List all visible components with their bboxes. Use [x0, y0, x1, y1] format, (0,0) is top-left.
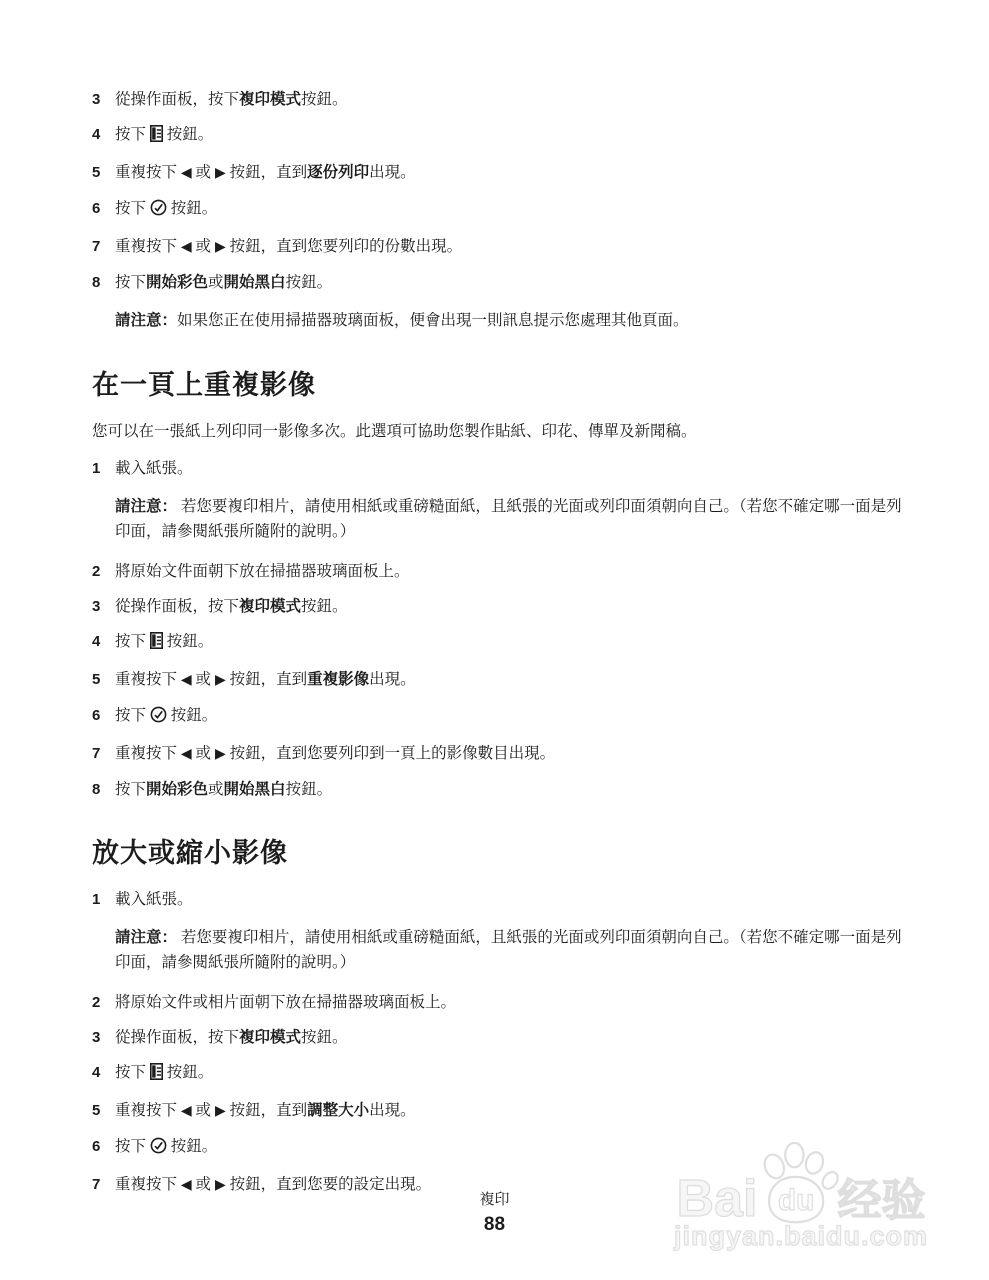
footer-chapter-label: 複印: [0, 1191, 989, 1209]
bold-term: 複印模式: [239, 91, 301, 108]
step-number: 4: [92, 630, 108, 653]
text-fragment: 按鈕。: [301, 1029, 348, 1046]
next-arrow-icon: ▶: [215, 1100, 226, 1123]
section-heading: 放大或縮小影像: [92, 831, 933, 870]
text-fragment: 按鈕。: [163, 1064, 213, 1081]
text-fragment: 按鈕。: [167, 707, 217, 724]
step-number: 6: [92, 1135, 108, 1158]
step-item: 2將原始文件面朝下放在掃描器玻璃面板上。: [92, 560, 933, 583]
step-number: 8: [92, 271, 108, 294]
step-number: 7: [92, 235, 108, 258]
text-fragment: 按下: [115, 126, 150, 143]
text-fragment: 或: [192, 238, 215, 255]
step-text: 按下 按鈕。: [115, 197, 217, 223]
footer-page-number: 88: [0, 1214, 989, 1236]
text-fragment: 或: [208, 274, 224, 291]
text-fragment: 按下: [115, 633, 150, 650]
bold-term: 開始彩色: [146, 781, 208, 798]
step-text: 按下 按鈕。: [115, 630, 213, 656]
text-fragment: 重複按下: [115, 164, 181, 181]
step-text: 從操作面板，按下複印模式按鈕。: [115, 88, 348, 111]
bold-term: 重複影像: [307, 671, 369, 688]
step-item: 3從操作面板，按下複印模式按鈕。: [92, 88, 933, 111]
step-number: 6: [92, 704, 108, 727]
step-text: 按下 按鈕。: [115, 704, 217, 730]
bold-term: 逐份列印: [307, 164, 369, 181]
text-fragment: 按鈕。: [163, 126, 213, 143]
step-item: 4按下 按鈕。: [92, 630, 933, 656]
text-fragment: 按鈕，直到: [226, 1102, 307, 1119]
text-fragment: 或: [208, 781, 224, 798]
step-number: 5: [92, 668, 108, 691]
text-fragment: 從操作面板，按下: [115, 598, 239, 615]
text-fragment: 按下: [115, 1138, 150, 1155]
step-number: 1: [92, 457, 108, 480]
note: 請注意：如果您正在使用掃描器玻璃面板，便會出現一則訊息提示您處理其他頁面。: [115, 308, 903, 333]
step-item: 3從操作面板，按下複印模式按鈕。: [92, 1026, 933, 1049]
step-item: 1載入紙張。: [92, 457, 933, 480]
step-text: 將原始文件或相片面朝下放在掃描器玻璃面板上。: [115, 991, 456, 1014]
text-fragment: 若您要複印相片，請使用相紙或重磅糙面紙，且紙張的光面或列印面須朝向自己。（若您不…: [115, 929, 902, 971]
step-text: 從操作面板，按下複印模式按鈕。: [115, 595, 348, 618]
step-number: 2: [92, 991, 108, 1014]
step-number: 8: [92, 778, 108, 801]
manual-section: 放大或縮小影像1載入紙張。請注意： 若您要複印相片，請使用相紙或重磅糙面紙，且紙…: [92, 831, 933, 1197]
note: 請注意： 若您要複印相片，請使用相紙或重磅糙面紙，且紙張的光面或列印面須朝向自己…: [115, 925, 903, 975]
select-icon: [150, 199, 167, 223]
step-number: 2: [92, 560, 108, 583]
text-fragment: 從操作面板，按下: [115, 91, 239, 108]
note: 請注意： 若您要複印相片，請使用相紙或重磅糙面紙，且紙張的光面或列印面須朝向自己…: [115, 494, 903, 544]
text-fragment: 按鈕。: [167, 1138, 217, 1155]
step-item: 5重複按下 ◀ 或 ▶ 按鈕，直到逐份列印出現。: [92, 161, 933, 185]
previous-arrow-icon: ◀: [181, 236, 192, 259]
step-text: 按下 按鈕。: [115, 1061, 213, 1087]
text-fragment: 重複按下: [115, 238, 181, 255]
bold-term: 請注意：: [115, 498, 177, 515]
step-number: 3: [92, 595, 108, 618]
text-fragment: 按下: [115, 1064, 150, 1081]
step-item: 1載入紙張。: [92, 888, 933, 911]
step-item: 4按下 按鈕。: [92, 1061, 933, 1087]
text-fragment: 按鈕。: [286, 781, 333, 798]
text-fragment: 按鈕。: [167, 200, 217, 217]
text-fragment: 按鈕，直到: [226, 164, 307, 181]
step-text: 重複按下 ◀ 或 ▶ 按鈕，直到您要列印到一頁上的影像數目出現。: [115, 742, 555, 766]
text-fragment: 如果您正在使用掃描器玻璃面板，便會出現一則訊息提示您處理其他頁面。: [177, 312, 689, 329]
text-fragment: 重複按下: [115, 671, 181, 688]
step-item: 4按下 按鈕。: [92, 123, 933, 149]
step-text: 重複按下 ◀ 或 ▶ 按鈕，直到重複影像出現。: [115, 668, 416, 692]
bold-term: 請注意：: [115, 929, 177, 946]
previous-arrow-icon: ◀: [181, 669, 192, 692]
select-icon: [150, 1137, 167, 1161]
step-item: 3從操作面板，按下複印模式按鈕。: [92, 595, 933, 618]
text-fragment: 按鈕，直到: [226, 671, 307, 688]
text-fragment: 按下: [115, 707, 150, 724]
step-number: 3: [92, 88, 108, 111]
text-fragment: 或: [192, 671, 215, 688]
menu-icon: [150, 632, 163, 656]
step-text: 按下開始彩色或開始黑白按鈕。: [115, 271, 332, 294]
manual-page: 3從操作面板，按下複印模式按鈕。4按下 按鈕。5重複按下 ◀ 或 ▶ 按鈕，直到…: [0, 0, 989, 1280]
step-item: 5重複按下 ◀ 或 ▶ 按鈕，直到調整大小出現。: [92, 1099, 933, 1123]
menu-icon: [150, 1063, 163, 1087]
text-fragment: 出現。: [369, 1102, 416, 1119]
previous-arrow-icon: ◀: [181, 162, 192, 185]
text-fragment: 或: [192, 1102, 215, 1119]
text-fragment: 按鈕，直到您要列印到一頁上的影像數目出現。: [226, 745, 555, 762]
step-text: 從操作面板，按下複印模式按鈕。: [115, 1026, 348, 1049]
step-item: 5重複按下 ◀ 或 ▶ 按鈕，直到重複影像出現。: [92, 668, 933, 692]
step-item: 7重複按下 ◀ 或 ▶ 按鈕，直到您要列印的份數出現。: [92, 235, 933, 259]
step-text: 重複按下 ◀ 或 ▶ 按鈕，直到您要列印的份數出現。: [115, 235, 462, 259]
text-fragment: 出現。: [369, 164, 416, 181]
manual-content: 3從操作面板，按下複印模式按鈕。4按下 按鈕。5重複按下 ◀ 或 ▶ 按鈕，直到…: [92, 88, 933, 1209]
step-text: 載入紙張。: [115, 888, 193, 911]
bold-term: 開始彩色: [146, 274, 208, 291]
next-arrow-icon: ▶: [215, 162, 226, 185]
step-number: 4: [92, 123, 108, 146]
text-fragment: 從操作面板，按下: [115, 1029, 239, 1046]
step-item: 8按下開始彩色或開始黑白按鈕。: [92, 271, 933, 294]
text-fragment: 將原始文件面朝下放在掃描器玻璃面板上。: [115, 563, 410, 580]
step-item: 8按下開始彩色或開始黑白按鈕。: [92, 778, 933, 801]
text-fragment: 將原始文件或相片面朝下放在掃描器玻璃面板上。: [115, 994, 456, 1011]
step-number: 7: [92, 742, 108, 765]
section-intro: 您可以在一張紙上列印同一影像多次。此選項可協助您製作貼紙、印花、傳單及新聞稿。: [92, 420, 933, 443]
text-fragment: 按鈕。: [163, 633, 213, 650]
manual-section: 3從操作面板，按下複印模式按鈕。4按下 按鈕。5重複按下 ◀ 或 ▶ 按鈕，直到…: [92, 88, 933, 333]
step-text: 將原始文件面朝下放在掃描器玻璃面板上。: [115, 560, 410, 583]
text-fragment: 重複按下: [115, 745, 181, 762]
section-heading: 在一頁上重複影像: [92, 363, 933, 402]
text-fragment: 按鈕。: [301, 598, 348, 615]
text-fragment: 或: [192, 164, 215, 181]
step-number: 4: [92, 1061, 108, 1084]
text-fragment: 出現。: [369, 671, 416, 688]
next-arrow-icon: ▶: [215, 669, 226, 692]
step-number: 6: [92, 197, 108, 220]
text-fragment: 若您要複印相片，請使用相紙或重磅糙面紙，且紙張的光面或列印面須朝向自己。（若您不…: [115, 498, 902, 540]
bold-term: 複印模式: [239, 1029, 301, 1046]
text-fragment: 按下: [115, 274, 146, 291]
page-footer: 複印 88: [0, 1191, 989, 1236]
bold-term: 開始黑白: [224, 274, 286, 291]
text-fragment: 按鈕，直到您要列印的份數出現。: [226, 238, 462, 255]
text-fragment: 重複按下: [115, 1102, 181, 1119]
step-item: 6按下 按鈕。: [92, 197, 933, 223]
menu-icon: [150, 125, 163, 149]
previous-arrow-icon: ◀: [181, 743, 192, 766]
select-icon: [150, 706, 167, 730]
text-fragment: 按下: [115, 781, 146, 798]
step-item: 2將原始文件或相片面朝下放在掃描器玻璃面板上。: [92, 991, 933, 1014]
step-item: 6按下 按鈕。: [92, 704, 933, 730]
bold-term: 複印模式: [239, 598, 301, 615]
step-text: 載入紙張。: [115, 457, 193, 480]
previous-arrow-icon: ◀: [181, 1100, 192, 1123]
step-number: 5: [92, 161, 108, 184]
bold-term: 開始黑白: [224, 781, 286, 798]
step-text: 按下 按鈕。: [115, 1135, 217, 1161]
text-fragment: 按下: [115, 200, 150, 217]
text-fragment: 或: [192, 745, 215, 762]
text-fragment: 按鈕。: [301, 91, 348, 108]
step-text: 重複按下 ◀ 或 ▶ 按鈕，直到逐份列印出現。: [115, 161, 416, 185]
text-fragment: 按鈕。: [286, 274, 333, 291]
step-number: 3: [92, 1026, 108, 1049]
step-number: 5: [92, 1099, 108, 1122]
step-item: 7重複按下 ◀ 或 ▶ 按鈕，直到您要列印到一頁上的影像數目出現。: [92, 742, 933, 766]
step-text: 按下 按鈕。: [115, 123, 213, 149]
next-arrow-icon: ▶: [215, 743, 226, 766]
text-fragment: 載入紙張。: [115, 891, 193, 908]
bold-term: 調整大小: [307, 1102, 369, 1119]
step-text: 重複按下 ◀ 或 ▶ 按鈕，直到調整大小出現。: [115, 1099, 416, 1123]
manual-section: 在一頁上重複影像您可以在一張紙上列印同一影像多次。此選項可協助您製作貼紙、印花、…: [92, 363, 933, 801]
bold-term: 請注意：: [115, 312, 177, 329]
text-fragment: 載入紙張。: [115, 460, 193, 477]
step-number: 1: [92, 888, 108, 911]
step-item: 6按下 按鈕。: [92, 1135, 933, 1161]
step-text: 按下開始彩色或開始黑白按鈕。: [115, 778, 332, 801]
next-arrow-icon: ▶: [215, 236, 226, 259]
